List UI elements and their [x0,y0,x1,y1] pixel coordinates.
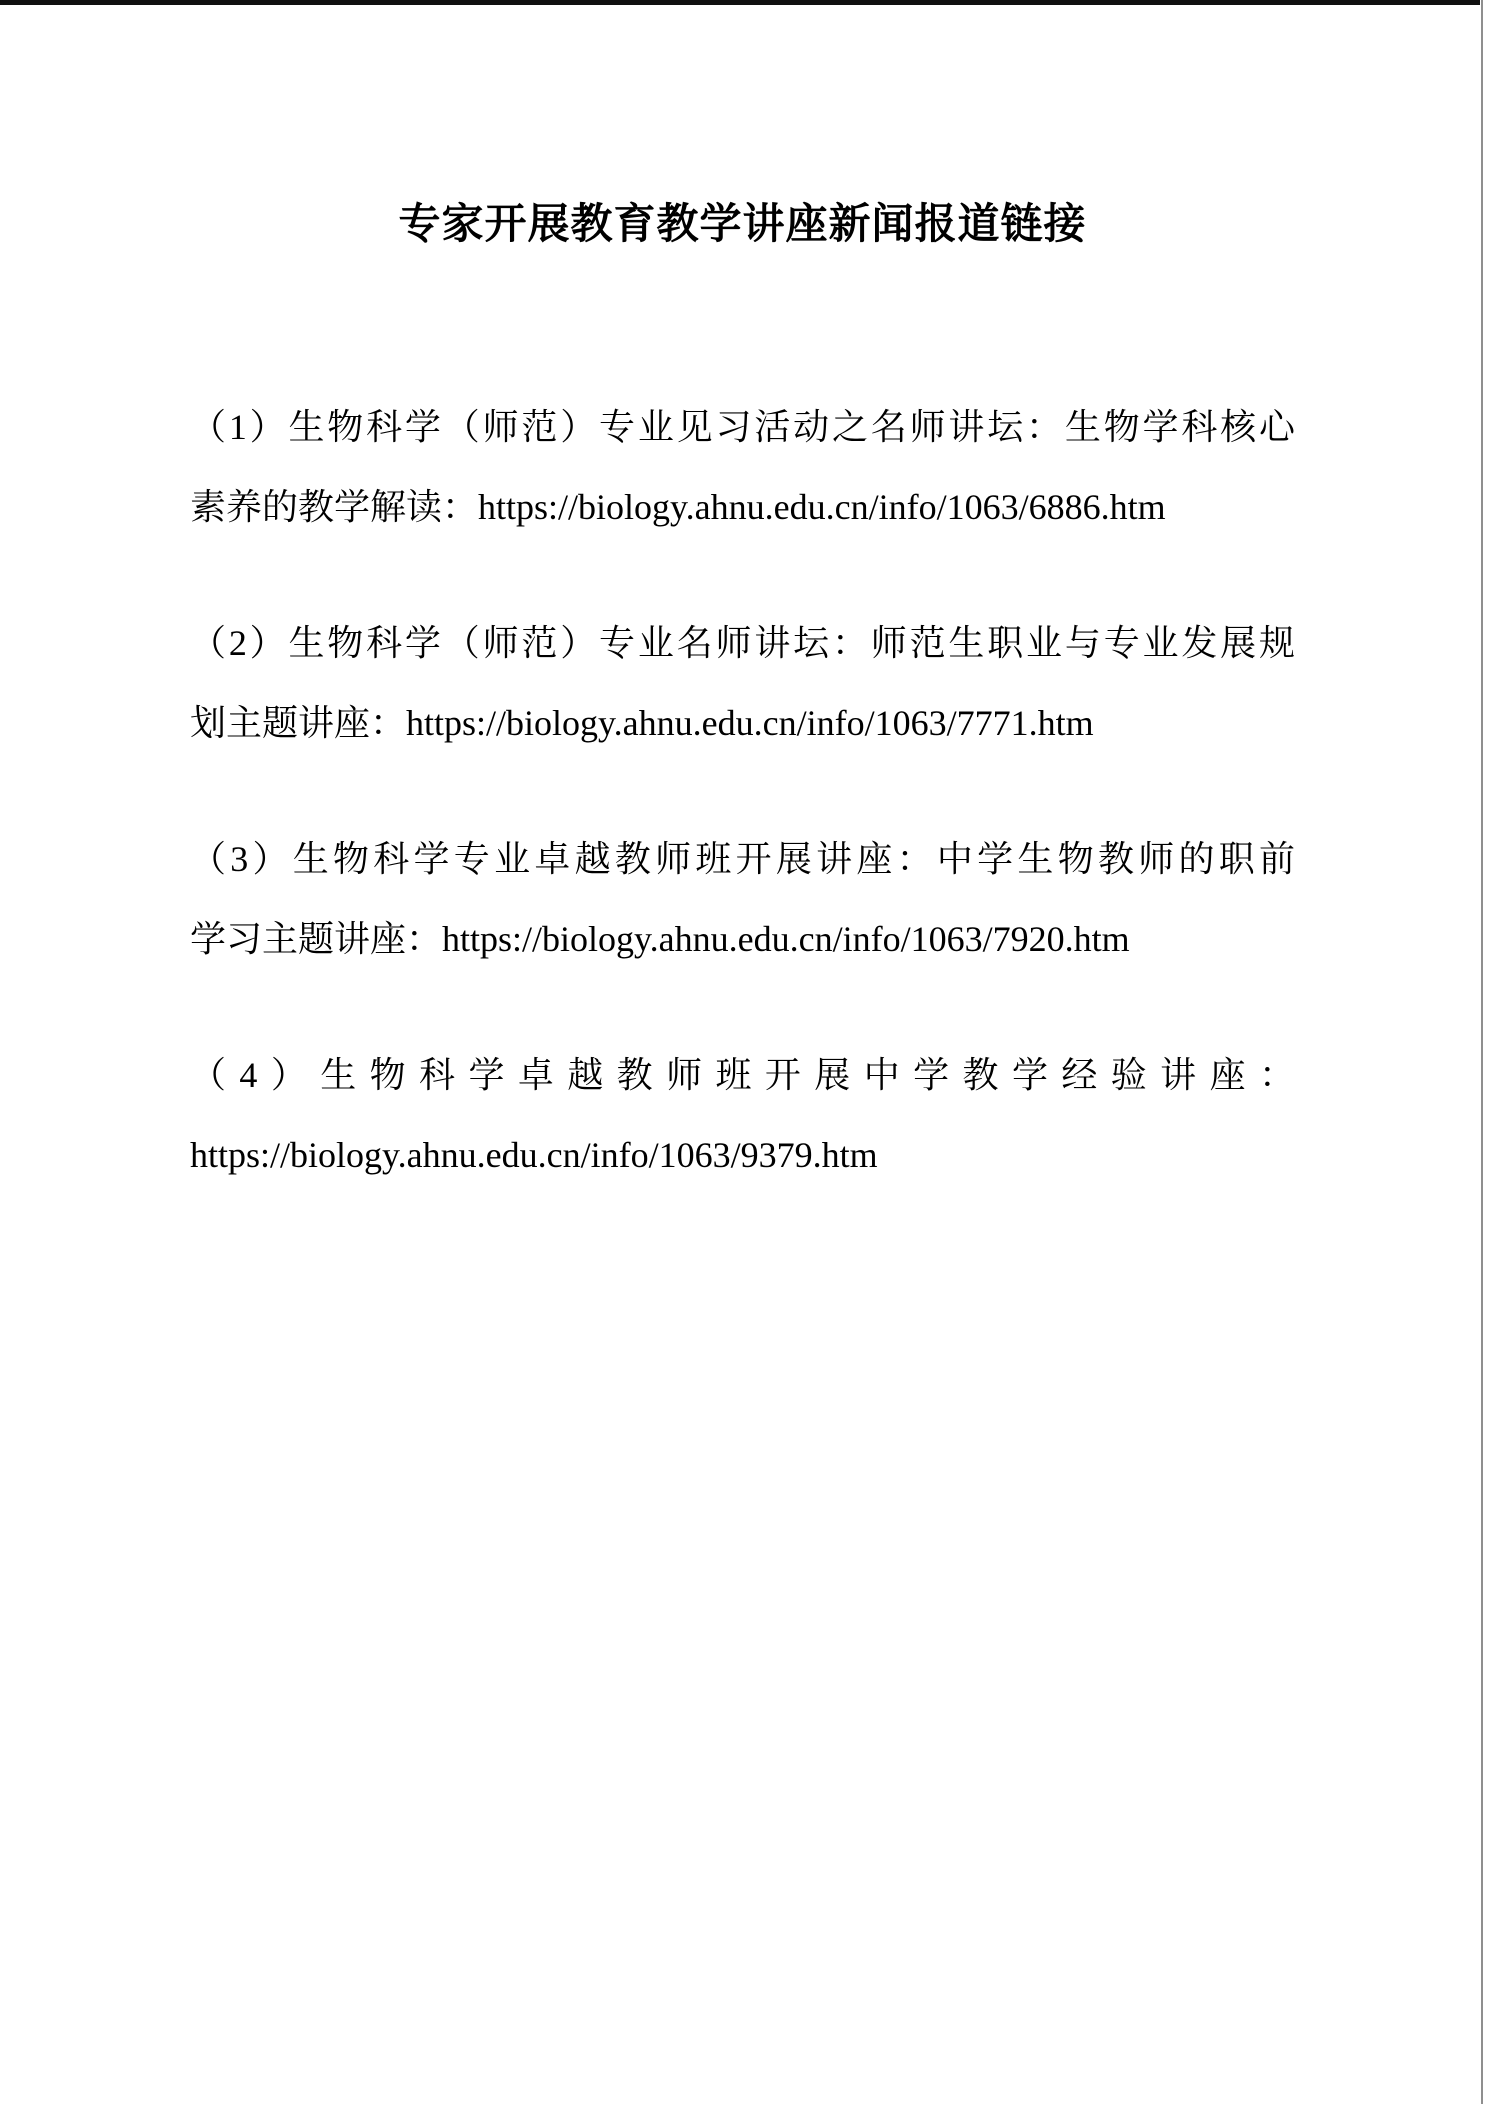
paragraph-4-line-2-with-link: https://biology.ahnu.edu.cn/info/1063/93… [190,1115,1295,1195]
paragraph-4-line-1: （4）生物科学卓越教师班开展中学教学经验讲座： [190,1035,1295,1115]
paragraph-1-line-1: （1）生物科学（师范）专业见习活动之名师讲坛：生物学科核心 [190,387,1295,467]
paragraph-item-3: （3）生物科学专业卓越教师班开展讲座：中学生物教师的职前 学习主题讲座：http… [190,819,1295,979]
paragraph-item-1: （1）生物科学（师范）专业见习活动之名师讲坛：生物学科核心 素养的教学解读：ht… [190,387,1295,547]
document-page: { "document": { "title": "专家开展教育教学讲座新闻报道… [0,0,1488,2104]
paragraph-2-line-1: （2）生物科学（师范）专业名师讲坛：师范生职业与专业发展规 [190,603,1295,683]
paragraph-1-line-2-with-link: 素养的教学解读：https://biology.ahnu.edu.cn/info… [190,467,1295,547]
paragraph-3-line-2-with-link: 学习主题讲座：https://biology.ahnu.edu.cn/info/… [190,899,1295,979]
document-title: 专家开展教育教学讲座新闻报道链接 [190,195,1295,255]
document-content: 专家开展教育教学讲座新闻报道链接 （1）生物科学（师范）专业见习活动之名师讲坛：… [190,5,1295,1251]
paragraph-item-4: （4）生物科学卓越教师班开展中学教学经验讲座： https://biology.… [190,1035,1295,1195]
page-right-border [1481,0,1483,2104]
paragraph-item-2: （2）生物科学（师范）专业名师讲坛：师范生职业与专业发展规 划主题讲座：http… [190,603,1295,763]
paragraph-2-line-2-with-link: 划主题讲座：https://biology.ahnu.edu.cn/info/1… [190,683,1295,763]
paragraph-3-line-1: （3）生物科学专业卓越教师班开展讲座：中学生物教师的职前 [190,819,1295,899]
